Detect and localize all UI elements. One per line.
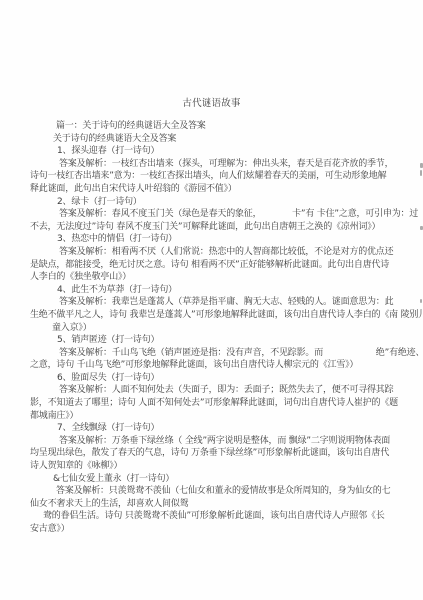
page-title: 古代谜语故事 [0,98,423,109]
text-line: 3、热恋中的情侣（打一诗句） [30,233,423,246]
text-line: 安古意》） [30,523,423,536]
text-line: &七仙女爱上董永（打一诗句） [30,473,423,486]
text-line: 5、销声匿迹（打一诗句） [30,334,423,347]
text-line: 诗人贺知章的《咏柳》） [30,460,423,473]
text-line: 7、全线飘绿（打一诗句） [30,422,423,435]
text-line: 之意，诗句 千山鸟飞绝”可形象地解释此谜面，该句出自唐代诗人柳宗元的《江雪》） [30,359,423,372]
text-line: 不去，无法度过”诗句 春风不度玉门关”可解释此谜面，此句出自唐朝王之涣的《凉州词… [30,221,423,234]
text-line: 6、脸面尽失（打一诗句） [30,372,423,385]
text-line: 答案及解析：只羡鸳鸯不羡仙（七仙女和董永的爱情故事是众所周知的，身为仙女的七 [30,485,423,498]
text-line: 答案及解析：人面不知何处去（失面子，即为：丢面子；既然失去了，便不可寻得其踪 [30,384,423,397]
text-line: 答案及解析：相看两不厌（人们常说：热恋中的人智商都比较低，不论是对方的优点还 [30,246,423,259]
text-line: 均呈现出绿色，散发了春天的气息，诗句 万条垂下绿丝绦”可形象解析此谜面，该句出自… [30,447,423,460]
text-line: 答案及解析：我辈岂是蓬蒿人（草莽是指平庸、胸无大志、轻贱的人。谜面意思为：此 [30,296,423,309]
document-page: 古代谜语故事 篇一：关于诗句的经典谜语大全及答案关于诗句的经典谜语大全及答案1、… [0,0,423,600]
text-line: 2、绿卡（打一诗句） [30,196,423,209]
text-line: 答案及解析：春风不度玉门关（绿色是春天的象征， 卡”有 卡住”之意，可引申为：过 [30,208,423,221]
text-line: 影，不知道去了哪里；诗句 人面不知何处去”可形象解释此谜面，词句出自唐代诗人崔护… [30,397,423,410]
text-line: 生绝不做平凡之人，诗句 我辈岂是蓬蒿人”可形象地解释此谜面，该句出自唐代诗人李白… [30,309,423,322]
text-line: 1、探头迎春（打一诗句） [30,145,423,158]
text-line: 答案及解析：一枝红杏出墙来（探头，可理解为：伸出头来，春天是百花齐放的季节， [30,158,423,171]
text-line: 关于诗句的经典谜语大全及答案 [30,133,423,146]
text-line: 童入京》） [30,322,423,335]
document-body: 篇一：关于诗句的经典谜语大全及答案关于诗句的经典谜语大全及答案1、探头迎春（打一… [30,120,423,536]
text-line: 仙女不奢求天上的生活，却喜欢人间似鸳 [30,498,423,511]
text-line: 诗句一枝红杏出墙来”意为：一枝红杏探出墙头，向人们炫耀着春天的美丽，可生动形象地… [30,170,423,183]
text-line: 释此谜面，此句出自宋代诗人叶绍翁的《游园不值》） [30,183,423,196]
text-line: 人李白的《独坐敬亭山》） [30,271,423,284]
text-line: 答案及解析：万条垂下绿丝绦（ 全线”两字说明是整体，而 飘绿”二字则说明物体表面 [30,435,423,448]
text-line: 答案及解析：千山鸟飞绝（销声匿迹是指：没有声音，不见踪影。而 绝”有绝迹、灭绝 [30,347,423,360]
text-line: 是缺点，都能接受，绝无讨厌之意。诗句 相看两不厌”正好能够解析此谜面。此句出自唐… [30,259,423,272]
text-line: 鸯的眷侣生活。诗句 只羡鸳鸯不羡仙”可形象解析此谜面，该句出自唐代诗人卢照邻《长 [30,510,423,523]
scan-artifact [420,299,422,303]
text-line: 都城南庄》） [30,410,423,423]
text-line: 篇一：关于诗句的经典谜语大全及答案 [30,120,423,133]
text-line: 4、此生不为草莽（打一诗句） [30,284,423,297]
scan-artifact [420,170,422,176]
